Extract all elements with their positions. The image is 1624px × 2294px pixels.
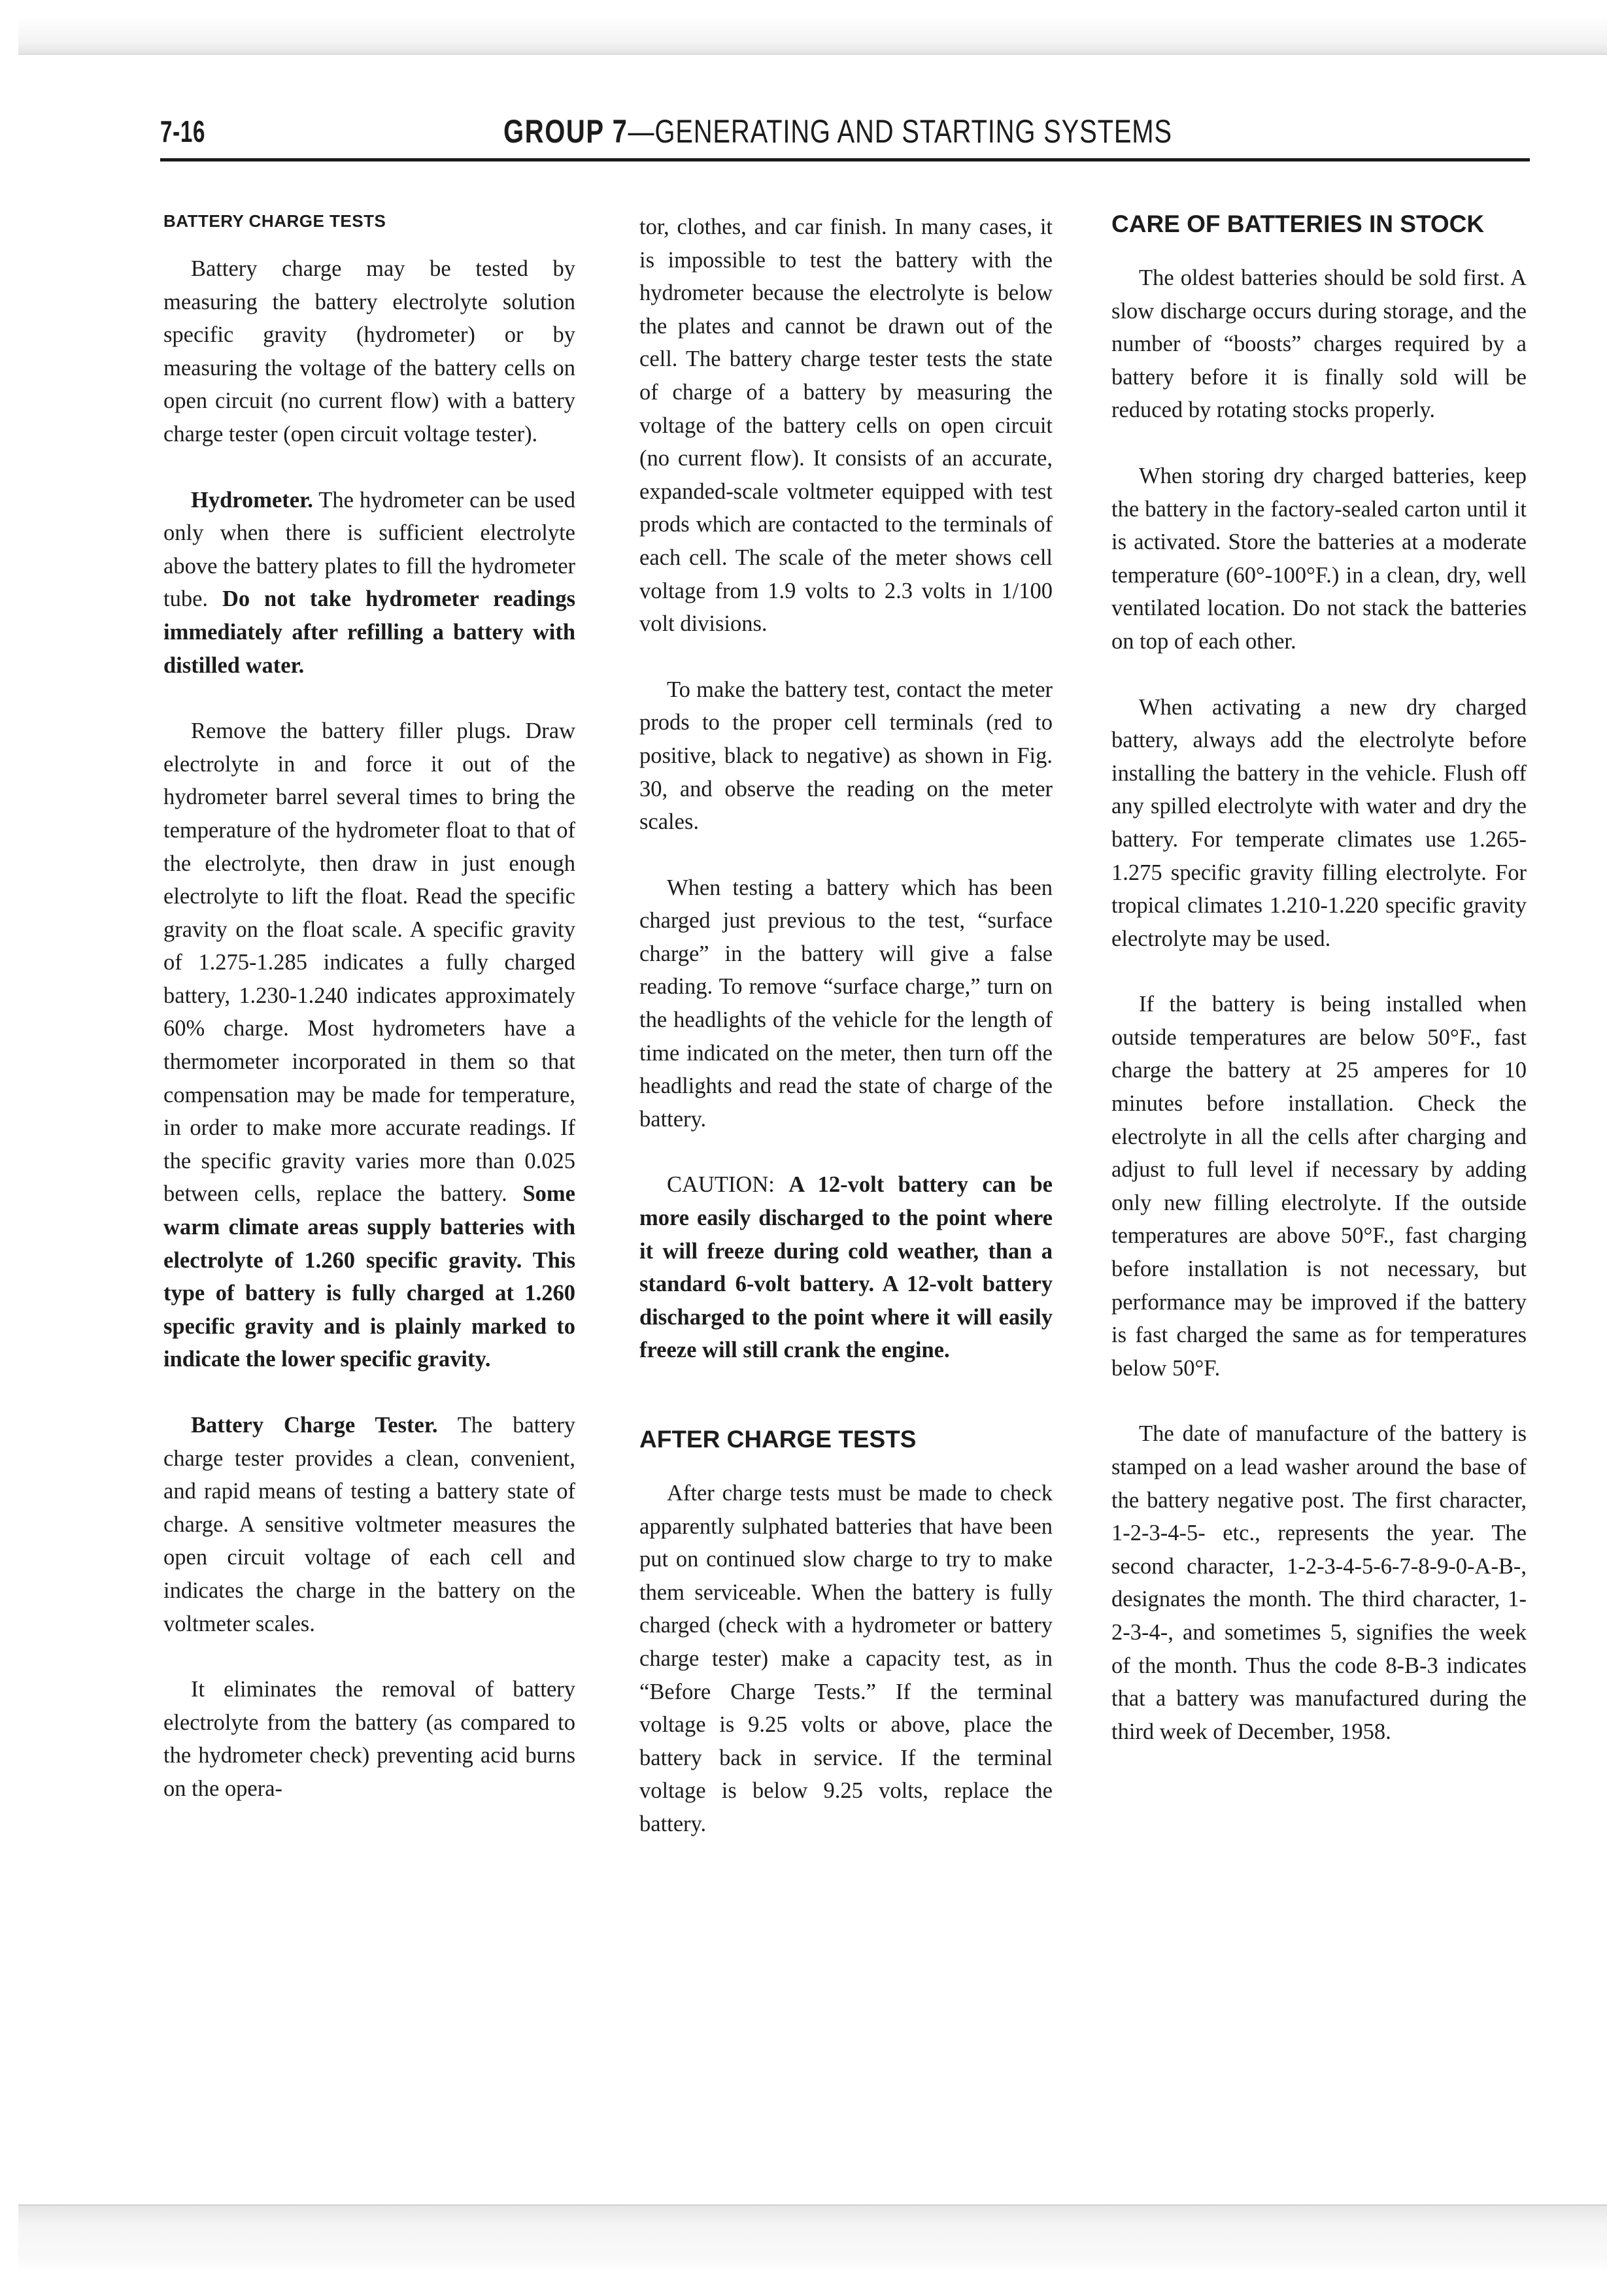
paragraph: Remove the battery filler plugs. Draw el… [163,715,575,1376]
scan-edge-top [18,17,1607,55]
paragraph: After charge tests must be made to check… [639,1477,1053,1841]
page-header: 7-16 GROUP 7—GENERATING AND STARTING SYS… [160,110,1530,162]
caution-text: A 12-volt battery can be more easily dis… [639,1172,1053,1362]
column-middle: tor, clothes, and car finish. In many ca… [639,211,1053,1874]
paragraph: When activating a new dry charged batter… [1111,691,1527,956]
heading-after-charge-tests: AFTER CHARGE TESTS [639,1423,1053,1456]
paragraph-charge-tester: Battery Charge Tester. The battery charg… [163,1409,575,1640]
paragraph: The oldest batteries should be sold firs… [1111,261,1527,427]
run-in-heading: Hydrometer. [191,488,313,513]
heading-care-of-batteries: CARE OF BATTERIES IN STOCK [1111,208,1527,241]
paragraph: If the battery is being installed when o… [1111,988,1527,1385]
paragraph: When storing dry charged batteries, keep… [1111,460,1527,658]
page-number: 7-16 [160,114,205,149]
paragraph: It eliminates the removal of battery ele… [163,1673,575,1805]
paragraph-hydrometer: Hydrometer. The hydrometer can be used o… [163,484,575,683]
caution-note: CAUTION: A 12-volt battery can be more e… [639,1168,1053,1367]
scan-edge-bottom [18,2204,1607,2271]
group-label: GROUP 7 [503,113,628,150]
column-left: BATTERY CHARGE TESTS Battery charge may … [163,208,575,1838]
chapter-title: —GENERATING AND STARTING SYSTEMS [628,113,1172,150]
warning-text: Do not take hydrometer readings immediat… [163,586,575,677]
warning-text: Some warm climate areas supply batteries… [163,1181,575,1372]
column-right: CARE OF BATTERIES IN STOCK The oldest ba… [1111,208,1527,1781]
header-rule [160,158,1530,161]
paragraph: When testing a battery which has been ch… [639,871,1053,1136]
run-in-heading: Battery Charge Tester. [191,1413,438,1438]
running-head: GROUP 7—GENERATING AND STARTING SYSTEMS [503,112,1172,150]
paragraph-continued: tor, clothes, and car finish. In many ca… [639,211,1053,641]
spacer [639,1400,1053,1423]
paragraph: Battery charge may be tested by measurin… [163,252,575,451]
heading-battery-charge-tests: BATTERY CHARGE TESTS [163,208,575,234]
paragraph: The date of manufacture of the battery i… [1111,1417,1527,1748]
caution-label: CAUTION: [667,1172,788,1197]
paragraph: To make the battery test, contact the me… [639,673,1053,839]
